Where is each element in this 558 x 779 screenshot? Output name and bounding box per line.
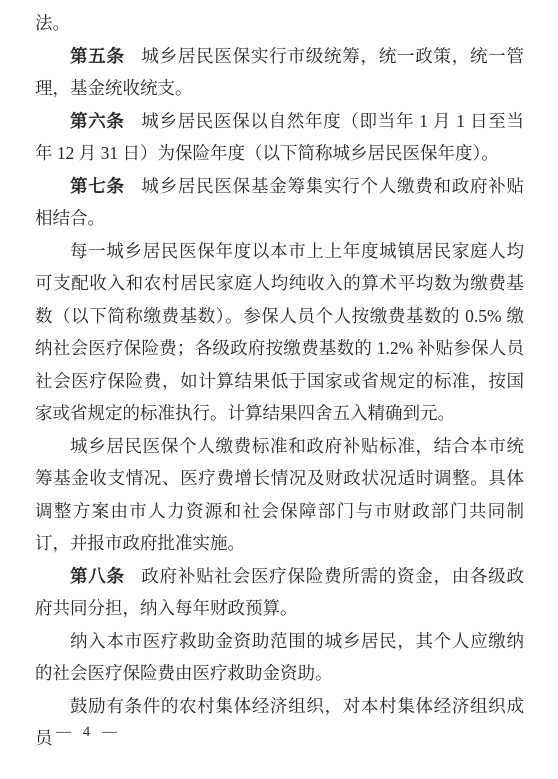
article-heading: 第五条	[70, 46, 125, 66]
document-body: 法。第五条城乡居民医保实行市级统筹，统一政策，统一管理，基金统收统支。第六条城乡…	[35, 7, 524, 755]
paragraph-text: 城乡居民医保个人缴费标准和政府补贴标准，结合本市统筹基金收支情况、医疗费增长情况…	[35, 436, 524, 554]
paragraph: 每一城乡居民医保年度以本市上上年度城镇居民家庭人均可支配收入和农村居民家庭人均纯…	[35, 235, 524, 430]
paragraph: 第七条城乡居民医保基金筹集实行个人缴费和政府补贴相结合。	[35, 170, 524, 235]
paragraph: 第六条城乡居民医保以自然年度（即当年 1 月 1 日至当年 12 月 31 日）…	[35, 105, 524, 170]
paragraph-text: 每一城乡居民医保年度以本市上上年度城镇居民家庭人均可支配收入和农村居民家庭人均纯…	[35, 241, 524, 424]
paragraph: 第八条政府补贴社会医疗保险费所需的资金，由各级政府共同分担，纳入每年财政预算。	[35, 560, 524, 625]
document-page: 法。第五条城乡居民医保实行市级统筹，统一政策，统一管理，基金统收统支。第六条城乡…	[0, 0, 558, 779]
paragraph-text: 纳入本市医疗救助金资助范围的城乡居民，其个人应缴纳的社会医疗保险费由医疗救助金资…	[35, 631, 524, 684]
paragraph: 法。	[35, 7, 524, 40]
paragraph-text: 法。	[35, 13, 70, 33]
paragraph: 第五条城乡居民医保实行市级统筹，统一政策，统一管理，基金统收统支。	[35, 40, 524, 105]
article-heading: 第七条	[70, 176, 125, 196]
paragraph: 纳入本市医疗救助金资助范围的城乡居民，其个人应缴纳的社会医疗保险费由医疗救助金资…	[35, 625, 524, 690]
page-number: — 4 —	[56, 722, 118, 742]
article-heading: 第六条	[70, 111, 125, 131]
paragraph: 城乡居民医保个人缴费标准和政府补贴标准，结合本市统筹基金收支情况、医疗费增长情况…	[35, 430, 524, 560]
article-heading: 第八条	[70, 566, 125, 586]
